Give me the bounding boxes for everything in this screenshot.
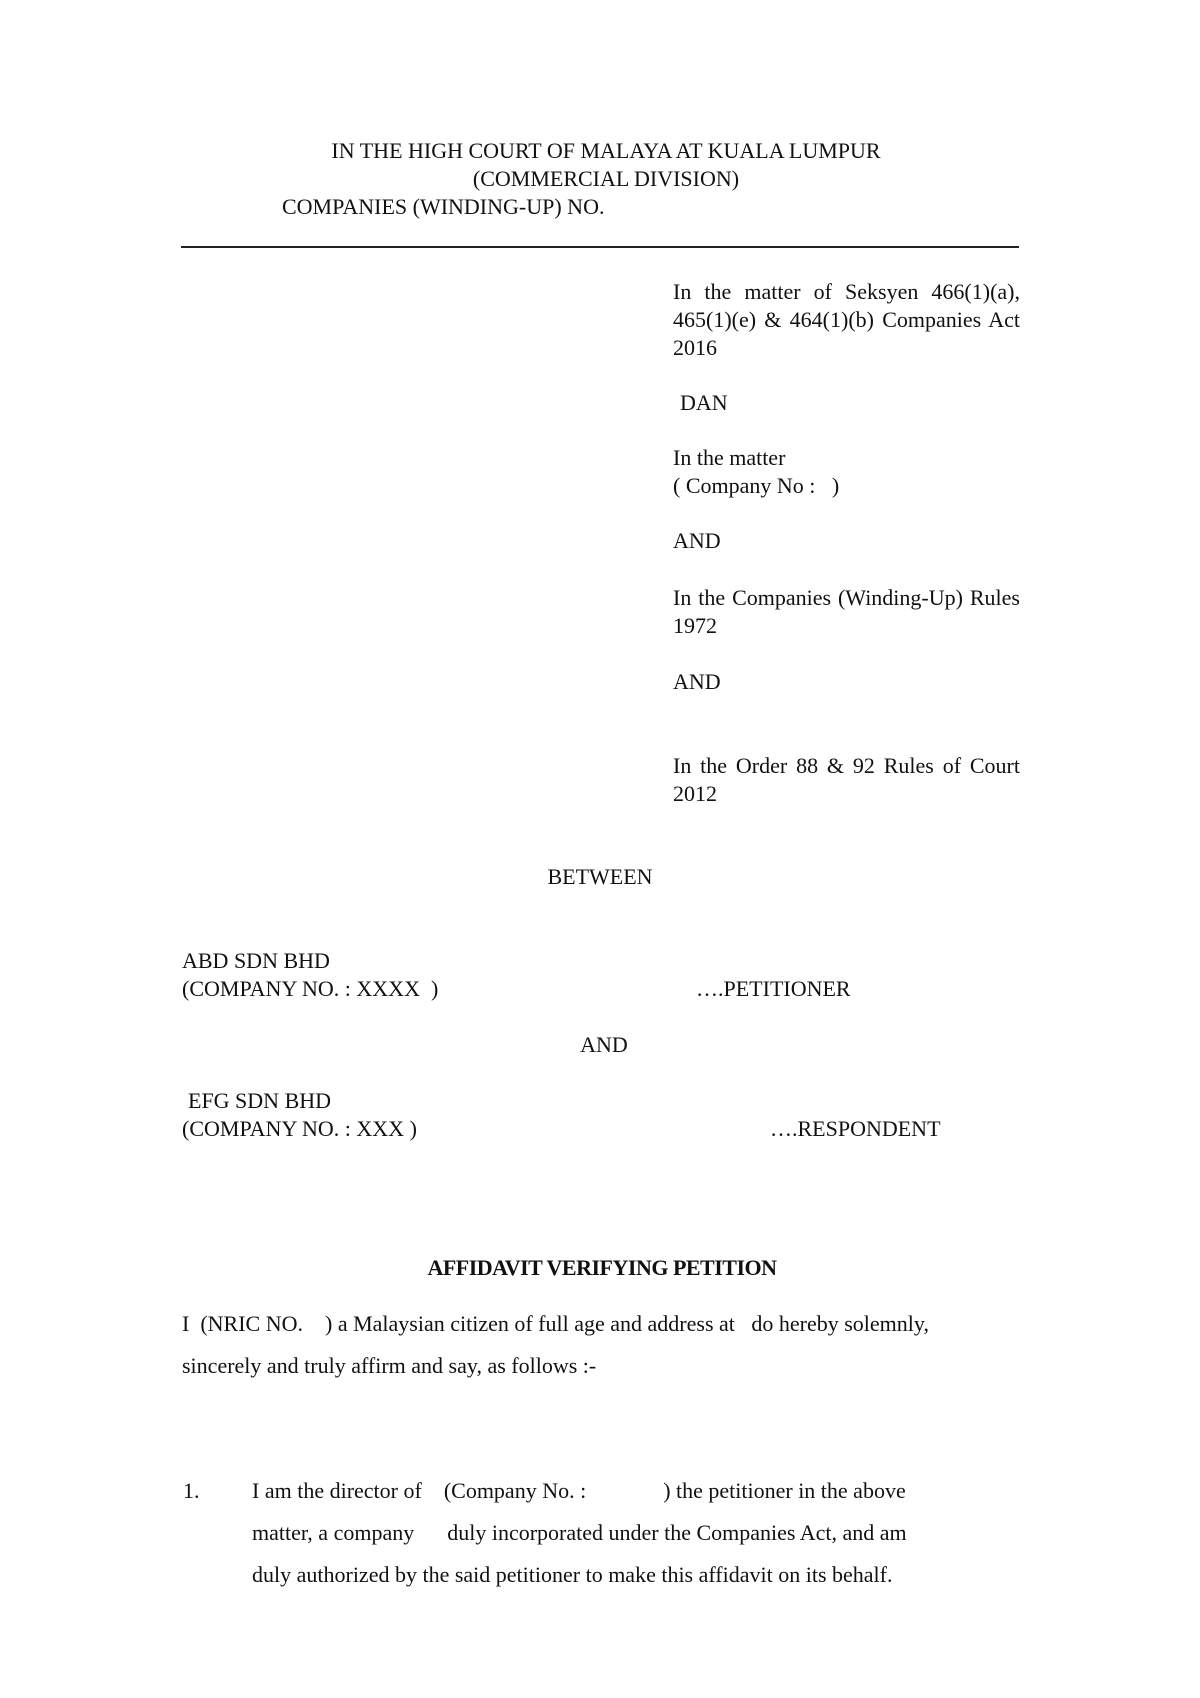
petitioner-name: ABD SDN BHD <box>182 947 330 975</box>
paragraph-line-2: matter, a company duly incorporated unde… <box>252 1519 907 1547</box>
matter-company-label: In the matter <box>673 444 1020 472</box>
matter-rules-of-court: In the Order 88 & 92 Rules of Court 2012 <box>673 752 1020 808</box>
petitioner-role: ….PETITIONER <box>696 975 851 1003</box>
matter-dan: DAN <box>680 389 1027 417</box>
division-title: (COMMERCIAL DIVISION) <box>0 165 1200 193</box>
header-divider <box>181 246 1019 248</box>
respondent-role: ….RESPONDENT <box>770 1115 941 1143</box>
matter-and-1: AND <box>673 527 1020 555</box>
matter-and-2: AND <box>673 668 1020 696</box>
between-label: BETWEEN <box>0 863 1200 891</box>
matter-company-no: ( Company No : ) <box>673 472 1020 500</box>
affidavit-title: AFFIDAVIT VERIFYING PETITION <box>0 1254 1200 1282</box>
respondent-company-no: (COMPANY NO. : XXX ) <box>182 1115 417 1143</box>
case-number: COMPANIES (WINDING-UP) NO. <box>282 193 604 221</box>
paragraph-number: 1. <box>183 1477 200 1505</box>
respondent-name: EFG SDN BHD <box>188 1087 331 1115</box>
matter-winding-up-rules: In the Companies (Winding-Up) Rules 1972 <box>673 584 1020 640</box>
affidavit-intro-line-2: sincerely and truly affirm and say, as f… <box>182 1352 596 1380</box>
paragraph-line-3: duly authorized by the said petitioner t… <box>252 1561 893 1589</box>
matter-seksyen: In the matter of Seksyen 466(1)(a), 465(… <box>673 278 1020 362</box>
court-title: IN THE HIGH COURT OF MALAYA AT KUALA LUM… <box>0 137 1200 165</box>
paragraph-line-1: I am the director of (Company No. : ) th… <box>252 1477 906 1505</box>
parties-and-label: AND <box>0 1031 1200 1059</box>
affidavit-intro-line-1: I (NRIC NO. ) a Malaysian citizen of ful… <box>182 1310 1020 1338</box>
petitioner-company-no: (COMPANY NO. : XXXX ) <box>182 975 438 1003</box>
document-page: IN THE HIGH COURT OF MALAYA AT KUALA LUM… <box>0 0 1200 1698</box>
